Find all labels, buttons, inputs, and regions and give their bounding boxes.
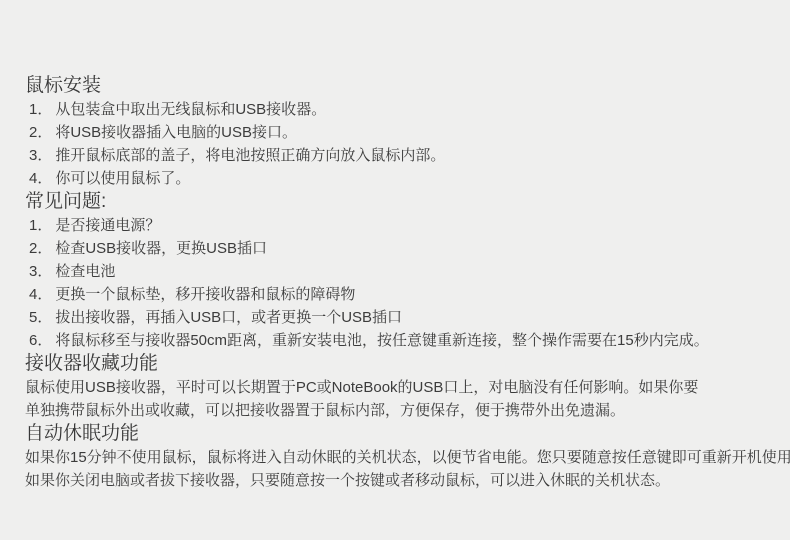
list-item-text: 拔出接收器，再插入USB口，或者更换一个USB插口: [55, 309, 402, 326]
list-item: 3．检查电池: [25, 260, 776, 283]
section-heading-faq: 常见问题:: [25, 190, 776, 214]
paragraph-line: 如果你15分钟不使用鼠标，鼠标将进入自动休眠的关机状态，以便节省电能。您只要随意…: [25, 446, 776, 469]
list-item-text: 从包装盒中取出无线鼠标和USB接收器。: [55, 101, 326, 118]
list-item-text: 检查电池: [55, 263, 115, 280]
paragraph-line: 如果你关闭电脑或者拔下接收器，只要随意按一个按键或者移动鼠标，可以进入休眠的关机…: [25, 469, 776, 492]
list-item: 4．你可以使用鼠标了。: [25, 167, 776, 190]
list-item-number: 3．: [29, 260, 52, 283]
section-heading-receiver-storage: 接收器收藏功能: [25, 352, 776, 376]
list-item: 6．将鼠标移至与接收器50cm距离，重新安装电池，按任意键重新连接，整个操作需要…: [25, 329, 776, 352]
list-item: 2．将USB接收器插入电脑的USB接口。: [25, 121, 776, 144]
list-item-number: 5．: [29, 306, 52, 329]
list-item: 1．从包装盒中取出无线鼠标和USB接收器。: [25, 98, 776, 121]
list-item: 3．推开鼠标底部的盖子，将电池按照正确方向放入鼠标内部。: [25, 144, 776, 167]
list-item-text: 将鼠标移至与接收器50cm距离，重新安装电池，按任意键重新连接，整个操作需要在1…: [55, 332, 708, 349]
list-item-text: 是否接通电源？: [55, 217, 160, 234]
paragraph-line: 鼠标使用USB接收器，平时可以长期置于PC或NoteBook的USB口上，对电脑…: [25, 376, 776, 399]
list-item-text: 检查USB接收器，更换USB插口: [55, 240, 267, 257]
section-receiver-storage: 接收器收藏功能鼠标使用USB接收器，平时可以长期置于PC或NoteBook的US…: [25, 352, 776, 422]
list-item-number: 4．: [29, 283, 52, 306]
section-heading-mouse-install: 鼠标安装: [25, 74, 776, 98]
list-item-number: 6．: [29, 329, 52, 352]
list-item-number: 1．: [29, 98, 52, 121]
list-item-number: 1．: [29, 214, 52, 237]
section-faq: 常见问题:1．是否接通电源？2．检查USB接收器，更换USB插口3．检查电池4．…: [25, 190, 776, 352]
list-item-number: 2．: [29, 121, 52, 144]
list-item: 1．是否接通电源？: [25, 214, 776, 237]
instruction-page: 鼠标安装1．从包装盒中取出无线鼠标和USB接收器。2．将USB接收器插入电脑的U…: [0, 0, 790, 540]
section-heading-auto-sleep: 自动休眠功能: [25, 422, 776, 446]
section-mouse-install: 鼠标安装1．从包装盒中取出无线鼠标和USB接收器。2．将USB接收器插入电脑的U…: [25, 74, 776, 190]
list-item-text: 推开鼠标底部的盖子，将电池按照正确方向放入鼠标内部。: [55, 147, 445, 164]
list-item: 2．检查USB接收器，更换USB插口: [25, 237, 776, 260]
list-item: 4．更换一个鼠标垫，移开接收器和鼠标的障碍物: [25, 283, 776, 306]
paragraph-line: 单独携带鼠标外出或收藏，可以把接收器置于鼠标内部，方便保存，便于携带外出免遗漏。: [25, 399, 776, 422]
list-item-number: 4．: [29, 167, 52, 190]
list-item-text: 你可以使用鼠标了。: [55, 170, 190, 187]
list-item-text: 更换一个鼠标垫，移开接收器和鼠标的障碍物: [55, 286, 355, 303]
list-item: 5．拔出接收器，再插入USB口，或者更换一个USB插口: [25, 306, 776, 329]
list-item-number: 3．: [29, 144, 52, 167]
list-item-text: 将USB接收器插入电脑的USB接口。: [55, 124, 297, 141]
instruction-content: 鼠标安装1．从包装盒中取出无线鼠标和USB接收器。2．将USB接收器插入电脑的U…: [25, 74, 776, 492]
section-auto-sleep: 自动休眠功能如果你15分钟不使用鼠标，鼠标将进入自动休眠的关机状态，以便节省电能…: [25, 422, 776, 492]
list-item-number: 2．: [29, 237, 52, 260]
